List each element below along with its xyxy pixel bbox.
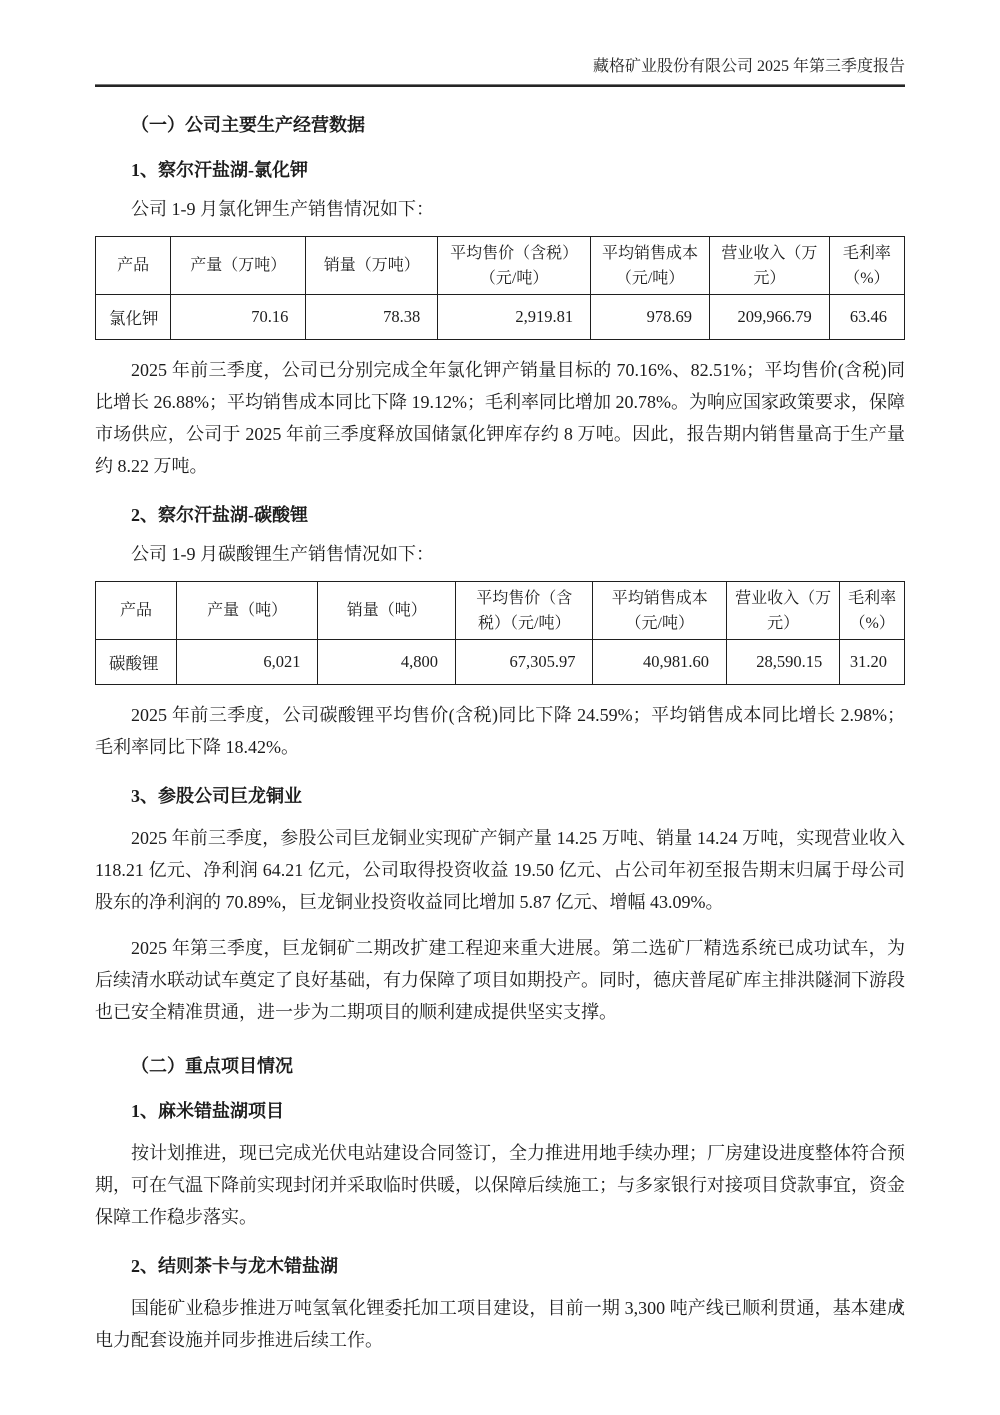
- table-cell-product: 氯化钾: [96, 295, 171, 340]
- table-header-cell: 销量（吨）: [318, 582, 456, 640]
- subheading-mamicuo-project: 1、麻米错盐湖项目: [95, 1099, 905, 1123]
- table-cell: 6,021: [176, 640, 318, 685]
- table-header-cell: 产品: [96, 237, 171, 295]
- subheading-jiezecaka-longmucuo: 2、结则茶卡与龙木错盐湖: [95, 1254, 905, 1278]
- table-header-cell: 平均销售成本 （元/吨）: [593, 582, 726, 640]
- table-header-cell: 平均售价（含 税）（元/吨）: [455, 582, 593, 640]
- table-header-cell: 毛利率 （%）: [840, 582, 905, 640]
- subheading-lithium-carbonate: 2、察尔汗盐湖-碳酸锂: [95, 503, 905, 527]
- mamicuo-paragraph: 按计划推进，现已完成光伏电站建设合同签订，全力推进用地手续办理；厂房建设进度整体…: [95, 1137, 905, 1233]
- page-number: 7: [894, 1301, 902, 1319]
- julong-phase2-paragraph: 2025 年第三季度，巨龙铜矿二期改扩建工程迎来重大进展。第二选矿厂精选系统已成…: [95, 932, 905, 1028]
- table-cell: 67,305.97: [455, 640, 593, 685]
- table-header-row: 产品 产量（万吨） 销量（万吨） 平均售价（含税） （元/吨） 平均销售成本 （…: [96, 237, 905, 295]
- table-cell: 28,590.15: [726, 640, 839, 685]
- subheading-julong-copper: 3、参股公司巨龙铜业: [95, 784, 905, 808]
- table-cell: 31.20: [840, 640, 905, 685]
- table-header-cell: 毛利率 （%）: [829, 237, 904, 295]
- table-row: 氯化钾 70.16 78.38 2,919.81 978.69 209,966.…: [96, 295, 905, 340]
- jiezecaka-paragraph: 国能矿业稳步推进万吨氢氧化锂委托加工项目建设，目前一期 3,300 吨产线已顺利…: [95, 1292, 905, 1356]
- section-heading-production-data: （一）公司主要生产经营数据: [95, 113, 905, 137]
- table-cell: 78.38: [306, 295, 438, 340]
- table-header-cell: 产品: [96, 582, 177, 640]
- table-header-cell: 平均销售成本 （元/吨）: [591, 237, 710, 295]
- table-row: 碳酸锂 6,021 4,800 67,305.97 40,981.60 28,5…: [96, 640, 905, 685]
- table-header-row: 产品 产量（吨） 销量（吨） 平均售价（含 税）（元/吨） 平均销售成本 （元/…: [96, 582, 905, 640]
- header-rule: [95, 84, 905, 87]
- table-header-cell: 营业收入（万 元）: [710, 237, 830, 295]
- kcl-production-table: 产品 产量（万吨） 销量（万吨） 平均售价（含税） （元/吨） 平均销售成本 （…: [95, 236, 905, 340]
- lithium-carbonate-production-table: 产品 产量（吨） 销量（吨） 平均售价（含 税）（元/吨） 平均销售成本 （元/…: [95, 581, 905, 685]
- table-cell: 209,966.79: [710, 295, 830, 340]
- table-header-cell: 平均售价（含税） （元/吨）: [438, 237, 591, 295]
- table-cell-product: 碳酸锂: [96, 640, 177, 685]
- document-header-title: 藏格矿业股份有限公司 2025 年第三季度报告: [95, 56, 905, 78]
- lithium-carbonate-summary-paragraph: 2025 年前三季度，公司碳酸锂平均售价(含税)同比下降 24.59%；平均销售…: [95, 699, 905, 763]
- table-header-cell: 销量（万吨）: [306, 237, 438, 295]
- subheading-kcl: 1、察尔汗盐湖-氯化钾: [95, 158, 905, 182]
- kcl-intro-text: 公司 1-9 月氯化钾生产销售情况如下：: [95, 197, 905, 221]
- report-page: 藏格矿业股份有限公司 2025 年第三季度报告 （一）公司主要生产经营数据 1、…: [0, 0, 1000, 1356]
- table-cell: 40,981.60: [593, 640, 726, 685]
- lithium-carbonate-intro-text: 公司 1-9 月碳酸锂生产销售情况如下：: [95, 542, 905, 566]
- table-header-cell: 产量（万吨）: [171, 237, 306, 295]
- section-heading-key-projects: （二）重点项目情况: [95, 1054, 905, 1078]
- table-cell: 978.69: [591, 295, 710, 340]
- table-cell: 63.46: [829, 295, 904, 340]
- table-cell: 70.16: [171, 295, 306, 340]
- table-cell: 2,919.81: [438, 295, 591, 340]
- table-header-cell: 产量（吨）: [176, 582, 318, 640]
- table-header-cell: 营业收入（万 元）: [726, 582, 839, 640]
- kcl-summary-paragraph: 2025 年前三季度，公司已分别完成全年氯化钾产销量目标的 70.16%、82.…: [95, 354, 905, 482]
- table-cell: 4,800: [318, 640, 456, 685]
- julong-results-paragraph: 2025 年前三季度，参股公司巨龙铜业实现矿产铜产量 14.25 万吨、销量 1…: [95, 822, 905, 918]
